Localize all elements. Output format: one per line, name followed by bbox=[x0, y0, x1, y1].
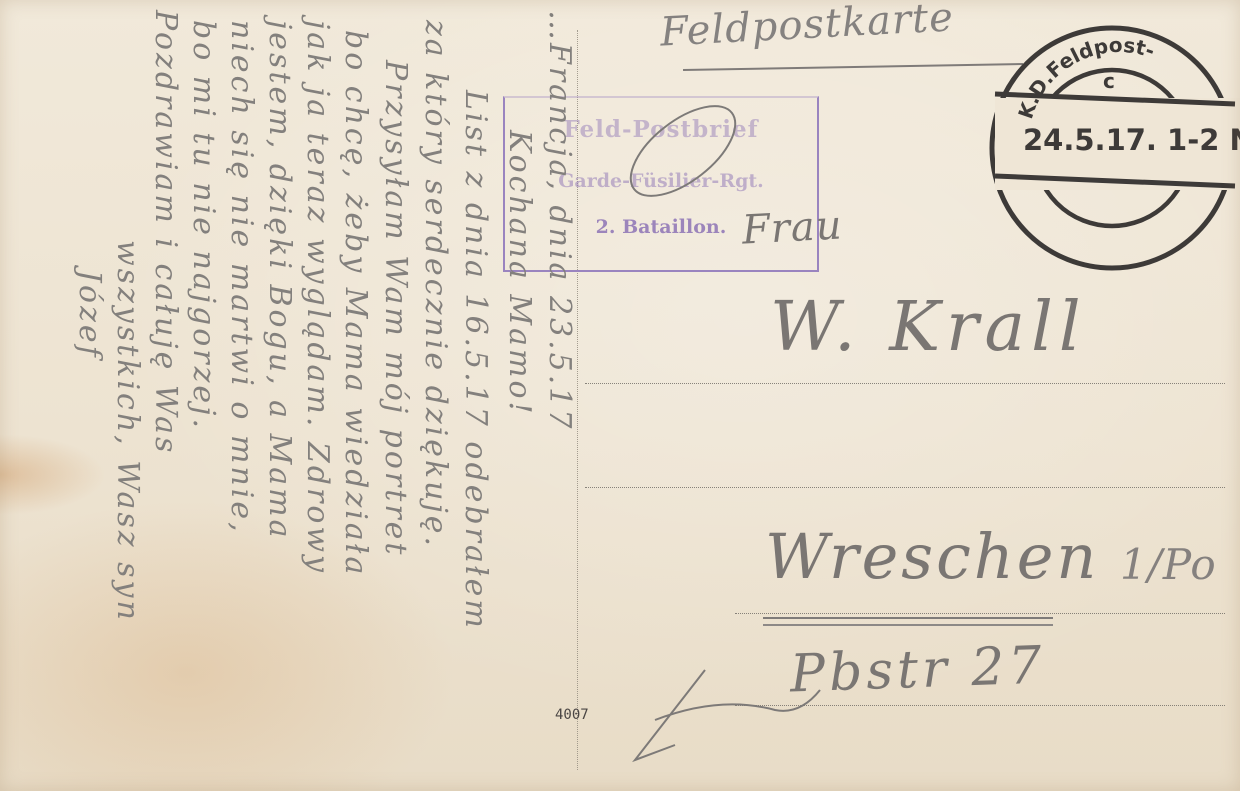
message-line: jak ja teraz wyglądam. Zdrowy bbox=[300, 20, 335, 575]
address-line-2 bbox=[585, 487, 1225, 488]
pencil-loop-mark-icon bbox=[618, 96, 748, 206]
message-line: jestem, dzięki Bogu, a Mama bbox=[262, 20, 297, 541]
title-underline bbox=[683, 63, 1023, 71]
message-line: Kochana Mamo! bbox=[502, 130, 537, 417]
postmark-letter: c bbox=[1103, 69, 1115, 93]
message-line: wszystkich, Wasz syn bbox=[110, 240, 145, 623]
city-underline bbox=[763, 617, 1053, 626]
message-line: bo chcę, żeby Mama wiedziała bbox=[338, 30, 373, 577]
message-line: …Francja, dnia 23.5.17 bbox=[542, 10, 577, 431]
message-line: za który serdecznie dziękuję. bbox=[418, 20, 453, 549]
address-city-suffix: 1/Po bbox=[1120, 540, 1217, 589]
address-street: Pbstr 27 bbox=[789, 636, 1046, 705]
address-recipient-name: W. Krall bbox=[770, 288, 1087, 367]
address-salutation: Frau bbox=[741, 202, 844, 253]
handwritten-message: …Francja, dnia 23.5.17 Kochana Mamo! Lis… bbox=[25, 0, 585, 791]
address-city: Wreschen bbox=[765, 520, 1099, 593]
postmark-date: 24.5.17. 1-2 N bbox=[1023, 123, 1240, 157]
postcard: Feldpostkarte Feld-Postbrief Garde-Füsil… bbox=[0, 0, 1240, 791]
pencil-flourish-icon bbox=[625, 650, 825, 770]
message-line: Przysyłam Wam mój portret bbox=[378, 60, 413, 557]
card-type-title: Feldpostkarte bbox=[659, 0, 955, 56]
message-line: niech się nie martwi o mnie, bbox=[224, 20, 259, 535]
address-line-1 bbox=[585, 383, 1225, 384]
message-line: Józef bbox=[72, 270, 107, 360]
message-line: Pozdrawiam i całuję Was bbox=[148, 10, 183, 455]
message-line: List z dnia 16.5.17 odebrałem bbox=[458, 90, 493, 631]
field-post-postmark: K.D.Feldpost- c 24.5.17. 1-2 N bbox=[985, 18, 1240, 280]
address-line-3 bbox=[735, 613, 1225, 614]
message-line: bo mi tu nie najgorzej. bbox=[186, 20, 221, 431]
